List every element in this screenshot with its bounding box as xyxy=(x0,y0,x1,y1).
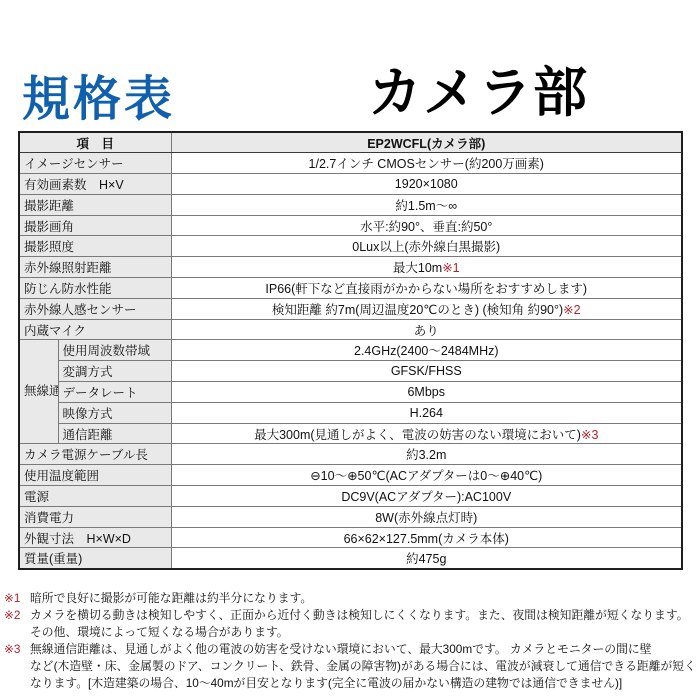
footnote-line: なります。[木造建築の場合、10～40mが目安となります(完全に電波の届かない構… xyxy=(30,675,696,692)
value-column-header: EP2WCFL(カメラ部) xyxy=(171,132,682,153)
table-header-row: 項 目 EP2WCFL(カメラ部) xyxy=(19,132,682,153)
table-row: 赤外線人感センサー検知距離 約7m(周辺温度20℃のとき) (検知角 約90°)… xyxy=(19,298,682,319)
row-value: 0Lux以上(赤外線白黒撮影) xyxy=(171,236,682,257)
row-value: H.264 xyxy=(171,402,682,423)
row-value: あり xyxy=(171,319,682,340)
row-value: 約1.5m～∞ xyxy=(171,194,682,215)
table-row: 使用温度範囲⊖10～⊕50℃(ACアダプターは0～⊕40℃) xyxy=(19,465,682,486)
footnote-line: 暗所で良好に撮影が可能な距離は約半分になります。 xyxy=(30,590,312,607)
footnotes: ※1暗所で良好に撮影が可能な距離は約半分になります。※2カメラを横切る動きは検知… xyxy=(4,590,700,691)
footnote-text: 暗所で良好に撮影が可能な距離は約半分になります。 xyxy=(30,590,312,607)
row-value: 6Mbps xyxy=(171,382,682,403)
row-value: 検知距離 約7m(周辺温度20℃のとき) (検知角 約90°)※2 xyxy=(171,298,682,319)
row-label: 使用温度範囲 xyxy=(19,465,171,486)
table-row: 内蔵マイクあり xyxy=(19,319,682,340)
table-row: カメラ電源ケーブル長約3.2m xyxy=(19,444,682,465)
row-value: 水平:約90°、垂直:約50° xyxy=(171,215,682,236)
table-row: 防じん防水性能IP66(軒下など直接雨がかからない場所をおすすめします) xyxy=(19,278,682,299)
note-reference: ※3 xyxy=(581,428,598,442)
footnote: ※3無線通信距離は、見通しがよく他の電波の妨害を受けない環境において、最大300… xyxy=(4,641,700,692)
row-label: 変調方式 xyxy=(58,361,171,382)
row-label: 撮影距離 xyxy=(19,194,171,215)
footnote-marker: ※1 xyxy=(4,590,30,607)
footnote-marker: ※2 xyxy=(4,607,30,624)
footnote: ※2カメラを横切る動きは検知しやすく、正面から近付く動きは検知しにくくなります。… xyxy=(4,607,700,641)
row-label: 撮影画角 xyxy=(19,215,171,236)
row-value: DC9V(ACアダプター):AC100V xyxy=(171,486,682,507)
row-value: 約3.2m xyxy=(171,444,682,465)
row-label: データレート xyxy=(58,382,171,403)
table-row: 撮影距離約1.5m～∞ xyxy=(19,194,682,215)
row-label: 赤外線人感センサー xyxy=(19,298,171,319)
spec-table: 項 目 EP2WCFL(カメラ部) イメージセンサー1/2.7インチ CMOSセ… xyxy=(18,131,683,570)
footnote-text: カメラを横切る動きは検知しやすく、正面から近付く動きは検知しにくくなります。また… xyxy=(30,607,689,641)
row-label: 赤外線照射距離 xyxy=(19,257,171,278)
row-label: 映像方式 xyxy=(58,402,171,423)
row-value: 最大300m(見通しがよく、電波の妨害のない環境において)※3 xyxy=(171,423,682,444)
row-label: 内蔵マイク xyxy=(19,319,171,340)
table-row: 質量(重量)約475g xyxy=(19,548,682,569)
footnote-line: 無線通信距離は、見通しがよく他の電波の妨害を受けない環境において、最大300mで… xyxy=(30,641,696,658)
table-row: 赤外線照射距離最大10m※1 xyxy=(19,257,682,278)
note-reference: ※2 xyxy=(563,303,580,317)
item-column-header: 項 目 xyxy=(19,132,171,153)
row-value: ⊖10～⊕50℃(ACアダプターは0～⊕40℃) xyxy=(171,465,682,486)
table-row: 変調方式GFSK/FHSS xyxy=(19,361,682,382)
row-label: 撮影照度 xyxy=(19,236,171,257)
footnote-line: など(木造壁・床、金属製のドア、コンクリート、鉄骨、金属の障害物)がある場合には… xyxy=(30,658,696,675)
footnote-marker: ※3 xyxy=(4,641,30,658)
row-value: 2.4GHz(2400～2484MHz) xyxy=(171,340,682,361)
table-row: イメージセンサー1/2.7インチ CMOSセンサー(約200万画素) xyxy=(19,153,682,174)
footnote-line: その他、環境によって短くなる場合があります。 xyxy=(30,624,689,641)
row-label: 有効画素数 H×V xyxy=(19,174,171,195)
footnote-text: 無線通信距離は、見通しがよく他の電波の妨害を受けない環境において、最大300mで… xyxy=(30,641,696,692)
table-row: 映像方式H.264 xyxy=(19,402,682,423)
row-group-label: 無線通信 xyxy=(19,340,58,444)
row-label: 防じん防水性能 xyxy=(19,278,171,299)
footnote-line: カメラを横切る動きは検知しやすく、正面から近付く動きは検知しにくくなります。また… xyxy=(30,607,689,624)
table-row: 消費電力8W(赤外線点灯時) xyxy=(19,506,682,527)
row-label: カメラ電源ケーブル長 xyxy=(19,444,171,465)
row-value: 8W(赤外線点灯時) xyxy=(171,506,682,527)
row-value: 1/2.7インチ CMOSセンサー(約200万画素) xyxy=(171,153,682,174)
row-label: 電源 xyxy=(19,486,171,507)
footnote: ※1暗所で良好に撮影が可能な距離は約半分になります。 xyxy=(4,590,700,607)
page-title: 規格表 xyxy=(22,60,175,129)
section-title: カメラ部 xyxy=(368,50,588,127)
note-reference: ※1 xyxy=(442,261,459,275)
table-row: 電源DC9V(ACアダプター):AC100V xyxy=(19,486,682,507)
row-label: 消費電力 xyxy=(19,506,171,527)
table-row: データレート6Mbps xyxy=(19,382,682,403)
table-row: 撮影照度0Lux以上(赤外線白黒撮影) xyxy=(19,236,682,257)
row-label: イメージセンサー xyxy=(19,153,171,174)
row-label: 使用周波数帯域 xyxy=(58,340,171,361)
row-value: 最大10m※1 xyxy=(171,257,682,278)
row-value: 66×62×127.5mm(カメラ本体) xyxy=(171,527,682,548)
row-value: 約475g xyxy=(171,548,682,569)
table-row: 撮影画角水平:約90°、垂直:約50° xyxy=(19,215,682,236)
table-row: 有効画素数 H×V1920×1080 xyxy=(19,174,682,195)
row-value: IP66(軒下など直接雨がかからない場所をおすすめします) xyxy=(171,278,682,299)
row-label: 質量(重量) xyxy=(19,548,171,569)
table-row: 外観寸法 H×W×D66×62×127.5mm(カメラ本体) xyxy=(19,527,682,548)
row-value: 1920×1080 xyxy=(171,174,682,195)
table-row: 無線通信使用周波数帯域2.4GHz(2400～2484MHz) xyxy=(19,340,682,361)
table-row: 通信距離最大300m(見通しがよく、電波の妨害のない環境において)※3 xyxy=(19,423,682,444)
row-value: GFSK/FHSS xyxy=(171,361,682,382)
row-label: 通信距離 xyxy=(58,423,171,444)
row-label: 外観寸法 H×W×D xyxy=(19,527,171,548)
